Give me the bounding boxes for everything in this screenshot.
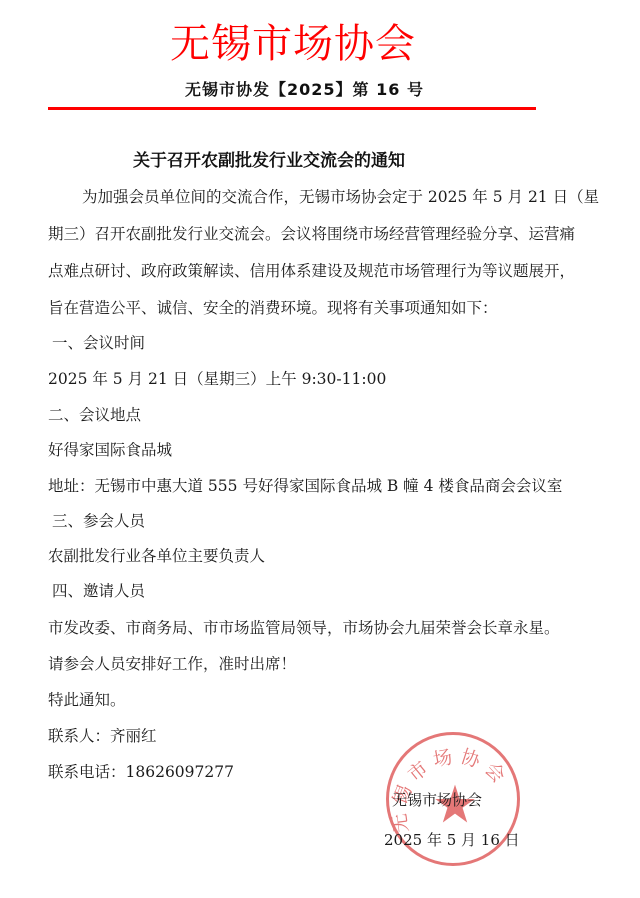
invitees: 市发改委、市商务局、市市场监管局领导，市场协会九届荣誉会长章永星。	[48, 618, 560, 638]
intro-line-1: 为加强会员单位间的交流合作，无锡市场协会定于 2025 年 5 月 21 日（星	[82, 187, 599, 207]
intro-line-4: 旨在营造公平、诚信、安全的消费环境。现将有关事项通知如下：	[48, 298, 498, 318]
document-number: 无锡市协发【2025】第 16 号	[185, 80, 424, 100]
meeting-time: 2025 年 5 月 21 日（星期三）上午 9:30-11:00	[48, 369, 386, 389]
section-heading-time: 一、会议时间	[52, 333, 145, 353]
meeting-address: 地址：无锡市中惠大道 555 号好得家国际食品城 B 幢 4 楼食品商会会议室	[48, 476, 562, 496]
section-heading-attendees: 三、参会人员	[52, 511, 145, 531]
special-notice: 特此通知。	[48, 690, 126, 710]
contact-person: 联系人：齐丽红	[48, 726, 157, 746]
org-title: 无锡市场协会	[170, 20, 416, 68]
attendees: 农副批发行业各单位主要负责人	[48, 546, 265, 566]
meeting-venue: 好得家国际食品城	[48, 440, 172, 460]
signature-org: 无锡市场协会	[392, 790, 482, 810]
intro-line-2: 期三）召开农副批发行业交流会。会议将围绕市场经营管理经验分享、运营痛	[48, 224, 575, 244]
section-heading-invitees: 四、邀请人员	[52, 581, 145, 601]
signature-date: 2025 年 5 月 16 日	[384, 830, 520, 850]
intro-line-3: 点难点研讨、政府政策解读、信用体系建设及规范市场管理行为等议题展开，	[48, 261, 575, 281]
red-divider	[48, 107, 536, 110]
closing-line: 请参会人员安排好工作，准时出席！	[48, 654, 296, 674]
contact-phone: 联系电话：18626097277	[48, 762, 234, 782]
section-heading-location: 二、会议地点	[48, 405, 141, 425]
notice-title: 关于召开农副批发行业交流会的通知	[133, 150, 405, 172]
